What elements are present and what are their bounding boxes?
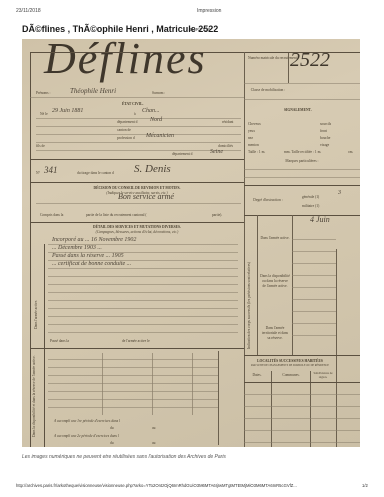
rule — [48, 383, 218, 384]
residant-label: résidant — [222, 120, 233, 124]
right-armee-active: Dans l'armée active. — [260, 236, 290, 241]
rule — [48, 375, 218, 376]
signalement-heading: SIGNALEMENT. — [284, 108, 312, 112]
rule — [48, 260, 238, 261]
grid-divider — [218, 351, 219, 445]
grid-divider — [192, 353, 193, 415]
page-number: 1/2 — [362, 483, 368, 488]
numero-value: 341 — [44, 165, 58, 175]
rule — [244, 406, 360, 407]
du-label: du — [110, 426, 114, 430]
right-disponibilite: Dans la disponibilité ou dans la réserve… — [260, 274, 290, 289]
frame-left — [30, 52, 31, 447]
detail-line: ... certificat de bonne conduite ... — [52, 261, 131, 267]
column-divider — [244, 52, 245, 447]
menton-label: menton — [248, 143, 259, 147]
periode1-label: A accompli une 1re période d'exercices d… — [54, 419, 120, 423]
rule — [36, 142, 241, 143]
disponibilite-label: Dans la disponibilité et dans la réserve… — [32, 357, 42, 437]
section-rule — [244, 382, 360, 383]
prenoms-value: Théophile Henri — [70, 87, 116, 95]
birth-date: 29 Juin 1881 — [52, 108, 83, 114]
col-subdivisions: Subdivisions de région. — [311, 371, 335, 379]
rule — [48, 300, 238, 301]
localites-heading: LOCALITÉS SUCCESSIVES HABITÉES — [244, 359, 336, 363]
rule — [48, 359, 218, 360]
rule — [36, 126, 241, 127]
rule — [48, 252, 238, 253]
rule — [48, 276, 238, 277]
rule — [48, 391, 218, 392]
right-territoriale: Dans l'armée territoriale et dans sa rés… — [260, 326, 290, 341]
rule — [292, 287, 336, 288]
birthplace: Chan... — [142, 108, 160, 114]
nez-label: nez — [248, 136, 253, 140]
rule — [244, 177, 360, 178]
militaire-label: militaire (1) — [302, 204, 319, 208]
annee-label: de l'armée active le — [122, 339, 150, 343]
tirage-value: S. Denis — [134, 163, 171, 175]
page-title: DÃ©flines , ThÃ©ophile Henri , Matricule… — [22, 24, 218, 34]
matricule-label: Numéro matricule du recrutement : — [248, 56, 288, 60]
du2-label: du — [110, 441, 114, 445]
departement2-value: Seine — [210, 149, 223, 155]
tirage-label: du tirage dans le canton d — [77, 171, 114, 175]
detail-line: Passé dans la réserve ... 1905 — [52, 253, 124, 259]
rule — [292, 275, 336, 276]
etat-civil-heading: ÉTAT CIVIL. — [122, 102, 143, 106]
rule — [48, 316, 238, 317]
rule — [36, 118, 241, 119]
decision-heading: DÉCISION DU CONSEIL DE REVISION ET MOTIF… — [32, 186, 242, 190]
bouche-label: bouche — [320, 136, 330, 140]
rule — [48, 308, 238, 309]
date-entry: 4 Juin — [310, 215, 330, 224]
detail-subheading: (Campagnes, blessures, actions d'éclat, … — [32, 230, 242, 234]
rule — [244, 430, 360, 431]
au-label: au — [152, 426, 155, 430]
rule — [244, 442, 360, 443]
grid-divider — [257, 215, 258, 355]
armee-active-label: Dans l'armée active. — [34, 269, 38, 329]
rule — [292, 251, 336, 252]
section-rule — [30, 182, 244, 183]
scanned-document: Déflines Numéro matricule du recrutement… — [22, 39, 360, 447]
sourcils-label: sourcils — [320, 122, 331, 126]
rule — [292, 239, 336, 240]
departement2-label: département d — [172, 152, 192, 156]
rule — [48, 332, 238, 333]
matricule-value: 2522 — [290, 49, 330, 72]
section-rule — [244, 185, 360, 186]
detail-line: Incorporé au ... 16 Novembre 1902 — [52, 237, 136, 243]
copyright-caption: Les images numériques ne peuvent etre ré… — [22, 454, 226, 460]
canton-label: canton de — [117, 128, 131, 132]
cheveux-label: Cheveux — [248, 122, 261, 126]
rule — [292, 335, 336, 336]
rule — [244, 418, 360, 419]
rule — [48, 268, 238, 269]
print-header-title: Impression — [197, 8, 221, 14]
record-id: D4R1 528 — [190, 27, 210, 32]
rule — [30, 97, 244, 98]
rule — [244, 394, 360, 395]
rule — [292, 323, 336, 324]
cm-label: cm. — [348, 150, 353, 154]
grid-divider — [152, 353, 153, 415]
compris-mid: partie de la liste du recrutement canton… — [86, 213, 147, 217]
rule — [292, 263, 336, 264]
departement-value: Nord — [150, 117, 162, 123]
detail-line: ... Décembre 1903 ... — [52, 245, 102, 251]
departement-label: département d — [117, 120, 137, 124]
numero-label: N° — [36, 171, 40, 175]
inner-left-rule — [44, 244, 45, 447]
rule — [244, 99, 360, 100]
au2-label: au — [152, 441, 155, 445]
surnom-label: Surnom : — [152, 91, 165, 95]
print-date: 23/11/2018 — [16, 8, 41, 14]
rule — [48, 292, 238, 293]
generale-value: 3 — [338, 190, 341, 196]
section-rule — [244, 215, 360, 216]
section-rule — [30, 159, 244, 160]
handwritten-surname: Déflines — [44, 39, 207, 84]
col-communes: Communes. — [272, 373, 310, 377]
periode2-label: A accompli une 2e période d'exercices da… — [54, 434, 119, 438]
rule — [48, 399, 218, 400]
matricule-divider — [288, 53, 289, 83]
right-vertical-label: Indication des corps successifs (les pré… — [247, 229, 251, 349]
fils-label: fils de — [36, 144, 45, 148]
domicilies-label: domiciliés — [218, 144, 233, 148]
ne-label: Né le — [40, 112, 48, 116]
visage-label: visage — [320, 143, 329, 147]
classe-label: Classe de mobilisation : — [248, 88, 288, 92]
taille-label: Taille : 1 m. — [248, 150, 265, 154]
rule — [36, 134, 241, 135]
rule — [48, 284, 238, 285]
front-label: front — [320, 129, 327, 133]
prenoms-label: Prénoms : — [36, 91, 50, 95]
profession-value: Mécanicien — [146, 133, 174, 139]
localites-subheading: PAR SUITE DE CHANGEMENTS DE DOMICILE OU … — [244, 364, 336, 367]
grid-divider — [292, 215, 293, 355]
marques-label: Marques particulières : — [252, 159, 352, 163]
rule — [48, 407, 218, 408]
rule — [48, 367, 218, 368]
section-rule — [30, 222, 244, 223]
rule — [36, 203, 241, 204]
a-label: à — [134, 112, 136, 116]
passe-label: Passé dans la — [50, 339, 69, 343]
decision-value: Bon service armé — [118, 192, 174, 201]
col-dates: Dates. — [244, 373, 270, 377]
compris-label: Compris dans la — [40, 213, 63, 217]
generale-label: générale (1) — [302, 195, 319, 199]
rule — [48, 244, 238, 245]
rule — [244, 83, 360, 84]
taille-rectifiee-label: mm. Taille rectifiée : 1 m. — [284, 150, 321, 154]
section-rule — [30, 348, 244, 349]
detail-heading: DÉTAIL DES SERVICES ET MUTATIONS DIVERSE… — [32, 225, 242, 229]
rule — [292, 299, 336, 300]
section-rule — [244, 355, 360, 356]
grid-divider — [102, 353, 103, 415]
degre-label: Degré d'instruction : — [248, 198, 288, 203]
compris-end: partie). — [212, 213, 222, 217]
profession-label: profession d — [117, 136, 135, 140]
rule — [244, 169, 360, 170]
yeux-label: yeux — [248, 129, 255, 133]
rule — [292, 311, 336, 312]
rule — [48, 324, 238, 325]
footer-url: http://archives.paris.fr/arkotheque/visi… — [16, 483, 297, 488]
